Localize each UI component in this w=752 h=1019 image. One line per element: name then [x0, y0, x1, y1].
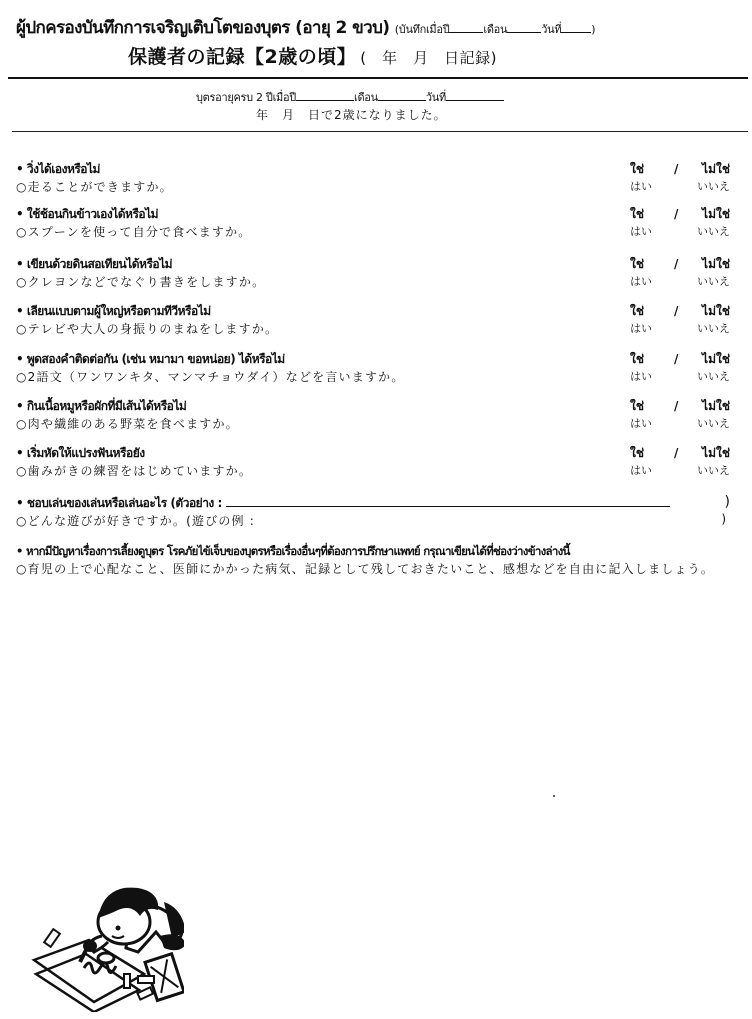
title-japanese-text: 保護者の記録【2歳の頃】 — [128, 46, 356, 68]
question-thai: • กินเนื้อหมูหรือผักที่มีเส้นได้หรือไม่ — [16, 397, 732, 415]
yes-option-japanese[interactable]: はい — [630, 223, 652, 241]
question-thai: • พูดสองคำติดต่อกัน (เช่น หมามา ขอหน่อย)… — [16, 350, 732, 368]
question-japanese: ○テレビや大人の身振りのまねをしますか。 — [16, 320, 732, 338]
child-drawing-illustration — [14, 862, 184, 1012]
birth-month-blank[interactable] — [378, 89, 426, 101]
yes-option-thai[interactable]: ใช่ — [630, 160, 644, 178]
question-spoon: • ใช้ช้อนกินข้าวเองได้หรือไม่ ○スプーンを使って自… — [16, 205, 732, 241]
yes-option-japanese[interactable]: はい — [630, 415, 652, 433]
record-year-blank[interactable] — [449, 21, 483, 33]
question-imitation: • เลียนแบบตามผู้ใหญ่หรือตามทีวีหรือไม่ ○… — [16, 302, 732, 338]
record-date-japanese: ( 年 月 日記録) — [360, 49, 497, 67]
title-thai: ผู้ปกครองบันทึกการเจริญเติบโตของบุตร (อา… — [16, 14, 746, 41]
yes-option-thai[interactable]: ใช่ — [630, 205, 644, 223]
question-thai: • วิ่งได้เองหรือไม่ — [16, 160, 732, 178]
answer-options-thai: ใช่ / ไม่ใช่ — [626, 302, 730, 320]
answer-options-japanese: はい いいえ — [626, 223, 730, 241]
yes-option-japanese[interactable]: はい — [630, 368, 652, 386]
no-option-thai[interactable]: ไม่ใช่ — [702, 160, 730, 178]
answer-options-thai: ใช่ / ไม่ใช่ — [626, 397, 730, 415]
yes-option-thai[interactable]: ใช่ — [630, 397, 644, 415]
no-option-japanese[interactable]: いいえ — [697, 178, 730, 196]
scan-speck — [553, 795, 555, 797]
free-note-japanese: ○育児の上で心配なこと、医師にかかった病気、記録として残しておきたいこと、感想な… — [16, 560, 736, 578]
close-paren: ) — [721, 512, 726, 526]
question-japanese: ○走ることができますか。 — [16, 178, 732, 196]
birth-info-japanese: 年 月 日で2歳になりました。 — [256, 106, 447, 123]
no-option-japanese[interactable]: いいえ — [697, 273, 730, 291]
answer-options-japanese: はい いいえ — [626, 178, 730, 196]
yes-option-thai[interactable]: ใช่ — [630, 444, 644, 462]
yes-option-japanese[interactable]: はい — [630, 462, 652, 480]
record-day-blank[interactable] — [561, 21, 591, 33]
record-month-blank[interactable] — [507, 21, 541, 33]
answer-options-japanese: はい いいえ — [626, 368, 730, 386]
answer-options-thai: ใช่ / ไม่ใช่ — [626, 160, 730, 178]
question-two-words: • พูดสองคำติดต่อกัน (เช่น หมามา ขอหน่อย)… — [16, 350, 732, 386]
question-crayon: • เขียนด้วยดินสอเทียนได้หรือไม่ ○クレヨンなどで… — [16, 255, 732, 291]
no-option-thai[interactable]: ไม่ใช่ — [702, 205, 730, 223]
title-thai-text: ผู้ปกครองบันทึกการเจริญเติบโตของบุตร (อา… — [16, 18, 389, 38]
title-japanese: 保護者の記録【2歳の頃】( 年 月 日記録) — [128, 42, 497, 69]
question-thai: • เลียนแบบตามผู้ใหญ่หรือตามทีวีหรือไม่ — [16, 302, 732, 320]
no-option-japanese[interactable]: いいえ — [697, 368, 730, 386]
question-fibrous-food: • กินเนื้อหมูหรือผักที่มีเส้นได้หรือไม่ … — [16, 397, 732, 433]
birth-info-divider — [12, 131, 748, 132]
question-japanese: ○歯みがきの練習をはじめていますか。 — [16, 462, 732, 480]
question-japanese: ○クレヨンなどでなぐり書きをしますか。 — [16, 273, 732, 291]
no-option-thai[interactable]: ไม่ใช่ — [702, 444, 730, 462]
birth-day-blank[interactable] — [446, 89, 504, 101]
yes-option-japanese[interactable]: はい — [630, 178, 652, 196]
yes-option-japanese[interactable]: はい — [630, 320, 652, 338]
question-japanese: ○どんな遊びが好きですか。(遊びの例 : — [16, 512, 732, 530]
no-option-japanese[interactable]: いいえ — [697, 415, 730, 433]
close-paren: ) — [725, 494, 730, 510]
answer-options-thai: ใช่ / ไม่ใช่ — [626, 205, 730, 223]
question-japanese: ○スプーンを使って自分で食べますか。 — [16, 223, 732, 241]
favorite-play-answer-line[interactable] — [226, 494, 670, 507]
answer-options-japanese: はい いいえ — [626, 273, 730, 291]
question-thai: • ชอบเล่นของเล่นหรือเล่นอะไร (ตัวอย่าง : — [16, 494, 732, 512]
question-tooth-brushing: • เริ่มหัดให้แปรงฟันหรือยัง ○歯みがきの練習をはじめ… — [16, 444, 732, 480]
question-favorite-play: • ชอบเล่นของเล่นหรือเล่นอะไร (ตัวอย่าง :… — [16, 494, 732, 530]
yes-option-japanese[interactable]: はい — [630, 273, 652, 291]
yes-option-thai[interactable]: ใช่ — [630, 350, 644, 368]
question-thai: • เขียนด้วยดินสอเทียนได้หรือไม่ — [16, 255, 732, 273]
birth-info-thai: บุตรอายุครบ 2 ปีเมื่อปีเดือนวันที่ — [196, 88, 504, 106]
no-option-thai[interactable]: ไม่ใช่ — [702, 397, 730, 415]
answer-options-thai: ใช่ / ไม่ใช่ — [626, 255, 730, 273]
no-option-japanese[interactable]: いいえ — [697, 223, 730, 241]
no-option-japanese[interactable]: いいえ — [697, 462, 730, 480]
answer-options-thai: ใช่ / ไม่ใช่ — [626, 444, 730, 462]
free-note-thai: • หากมีปัญหาเรื่องการเลี้ยงดูบุตร โรคภัย… — [16, 542, 732, 560]
record-date-thai: (บันทึกเมื่อปีเดือนวันที่) — [395, 23, 596, 36]
answer-options-japanese: はい いいえ — [626, 415, 730, 433]
no-option-japanese[interactable]: いいえ — [697, 320, 730, 338]
yes-option-thai[interactable]: ใช่ — [630, 255, 644, 273]
no-option-thai[interactable]: ไม่ใช่ — [702, 302, 730, 320]
question-thai: • เริ่มหัดให้แปรงฟันหรือยัง — [16, 444, 732, 462]
free-note-section: • หากมีปัญหาเรื่องการเลี้ยงดูบุตร โรคภัย… — [16, 542, 732, 578]
no-option-thai[interactable]: ไม่ใช่ — [702, 350, 730, 368]
question-japanese: ○2語文（ワンワンキタ、マンマチョウダイ）などを言いますか。 — [16, 368, 732, 386]
answer-options-thai: ใช่ / ไม่ใช่ — [626, 350, 730, 368]
answer-options-japanese: はい いいえ — [626, 462, 730, 480]
answer-options-japanese: はい いいえ — [626, 320, 730, 338]
no-option-thai[interactable]: ไม่ใช่ — [702, 255, 730, 273]
question-japanese: ○肉や繊維のある野菜を食べますか。 — [16, 415, 732, 433]
question-running: • วิ่งได้เองหรือไม่ ○走ることができますか。 ใช่ / ไ… — [16, 160, 732, 196]
yes-option-thai[interactable]: ใช่ — [630, 302, 644, 320]
header-divider — [8, 77, 748, 79]
birth-year-blank[interactable] — [296, 89, 354, 101]
question-thai: • ใช้ช้อนกินข้าวเองได้หรือไม่ — [16, 205, 732, 223]
